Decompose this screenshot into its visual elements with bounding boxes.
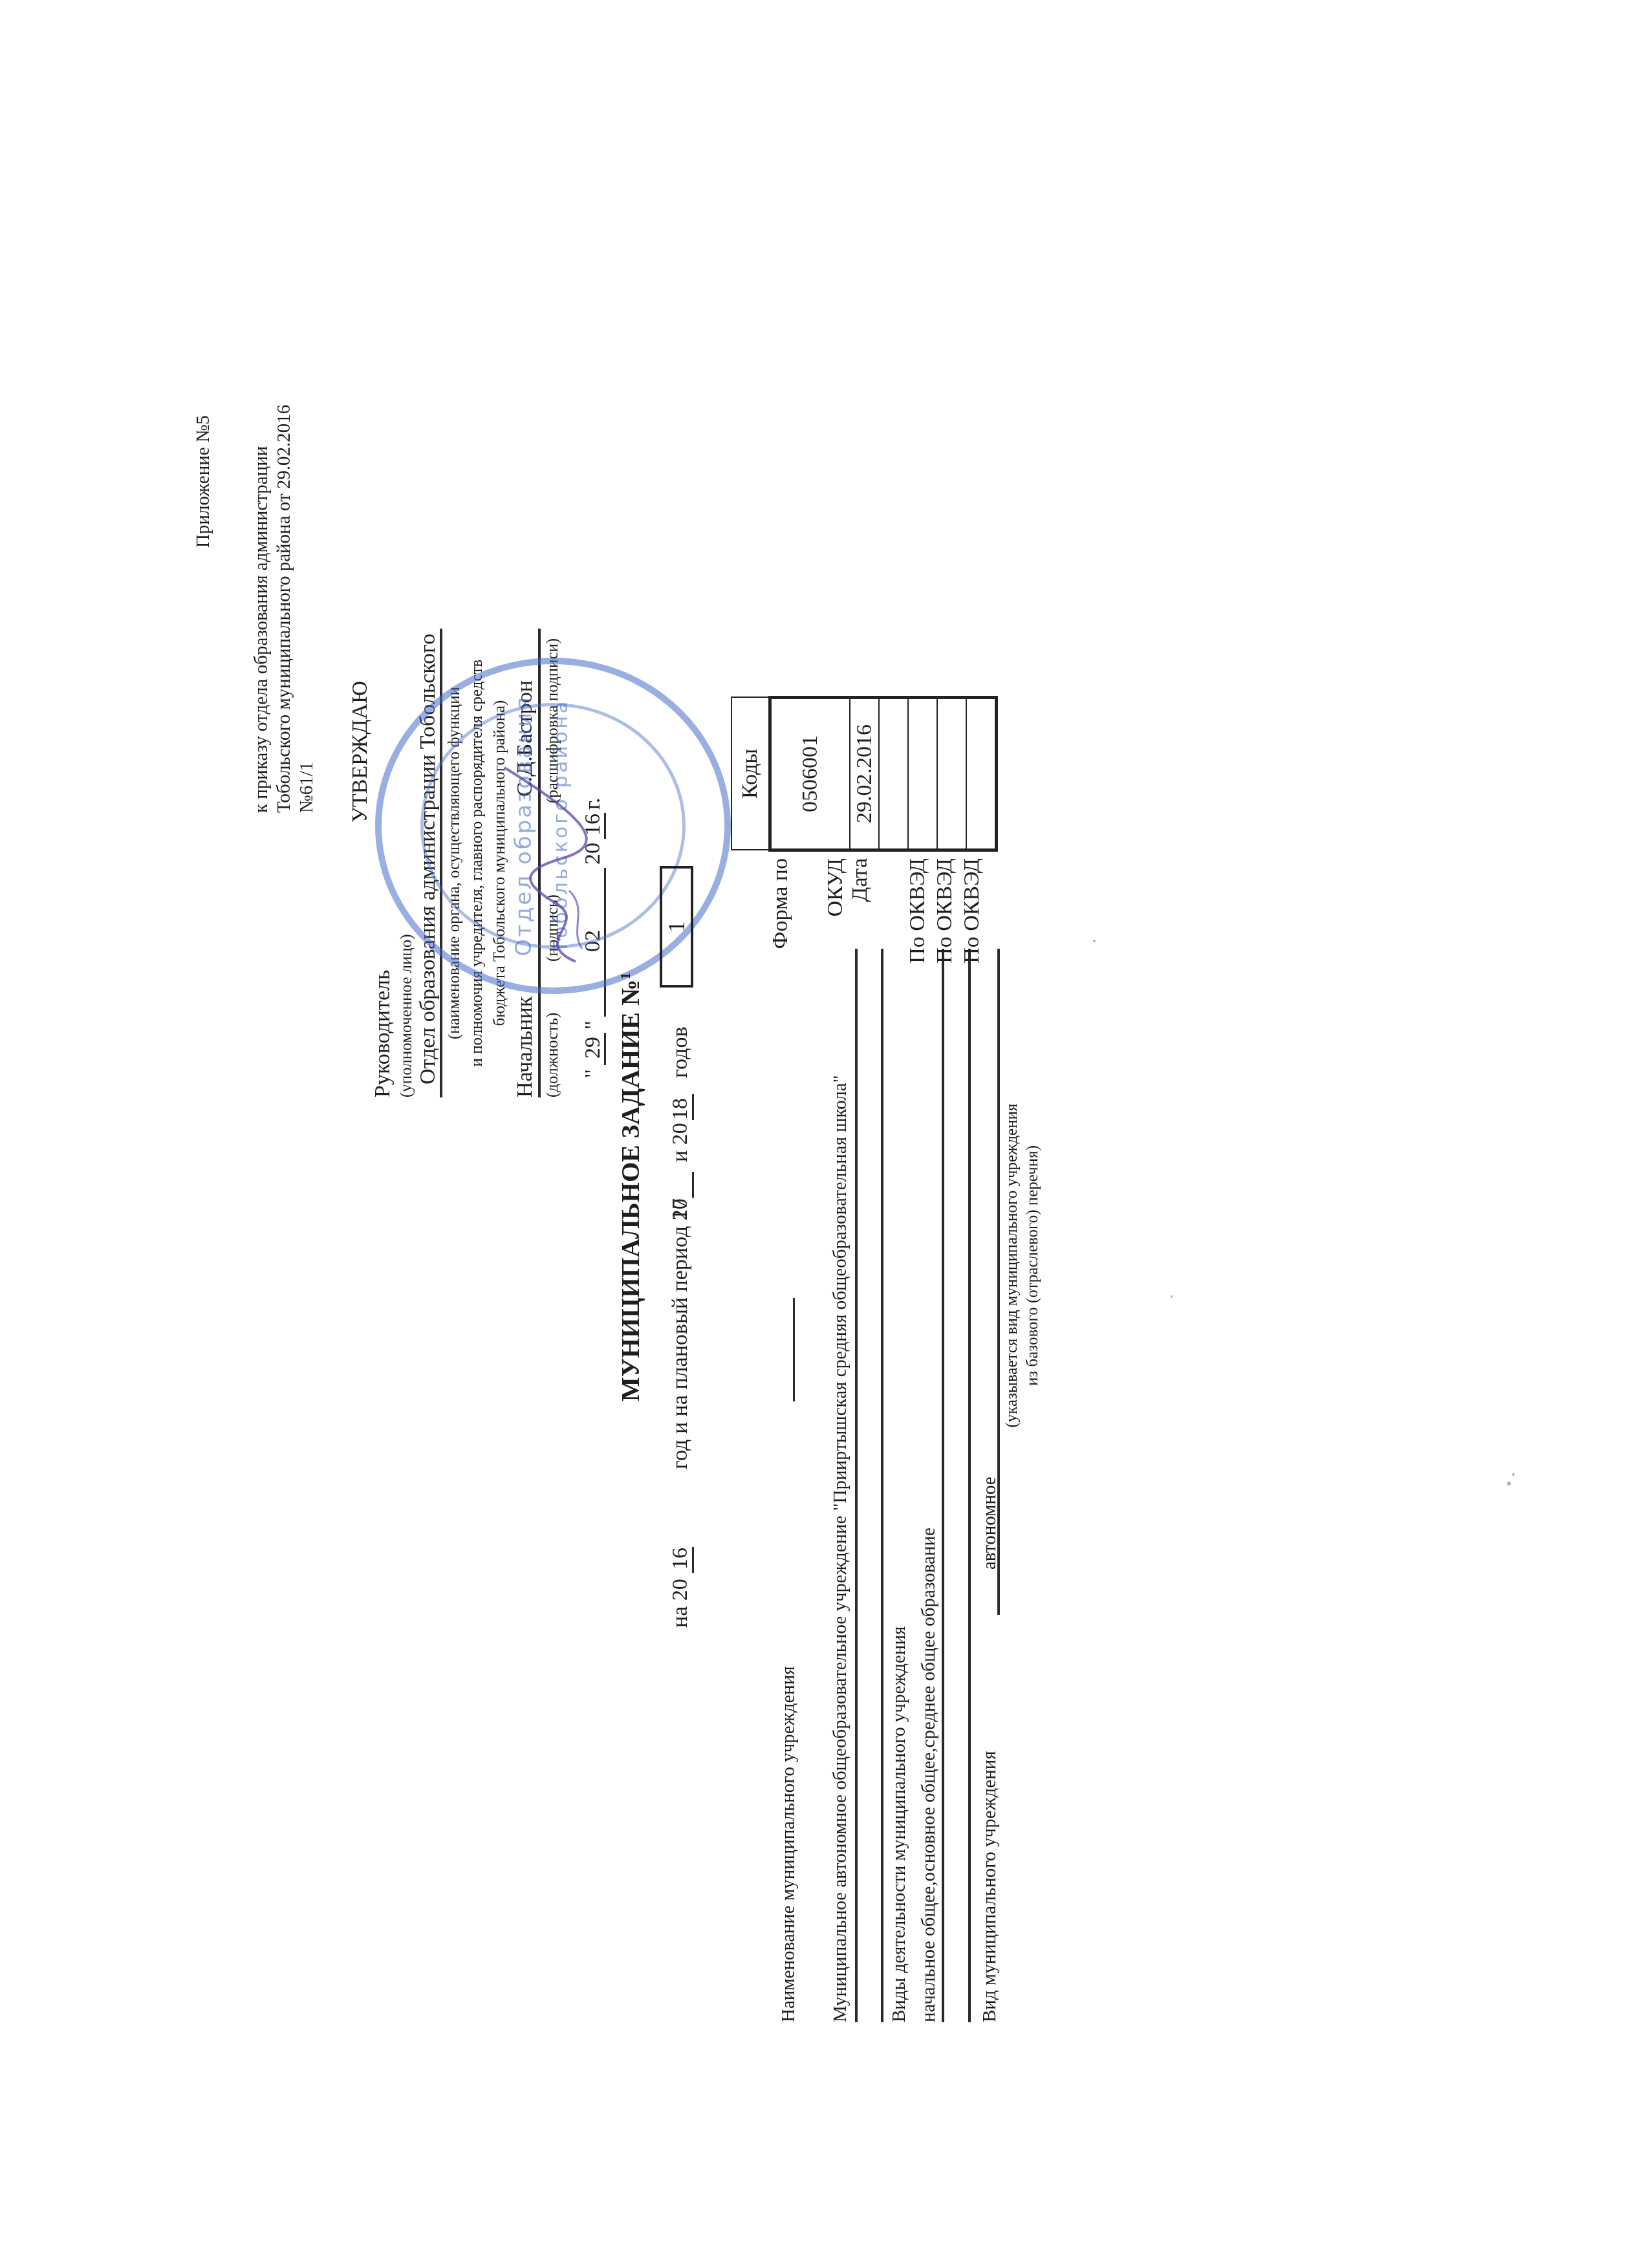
date-year: 16 (582, 814, 604, 836)
position-value: Начальник (514, 997, 536, 1097)
codes-table: Коды 0506001 29.02.2016 (731, 696, 998, 852)
assignment-title-text: МУНИЦИПАЛЬНОЕ ЗАДАНИЕ № (616, 980, 645, 1401)
order-line-1: к приказу отдела образования администрац… (252, 446, 271, 813)
codes-row-okved-2 (937, 698, 966, 850)
assignment-title: МУНИЦИПАЛЬНОЕ ЗАДАНИЕ №1 (618, 973, 644, 1401)
date-open-quote: " (582, 1069, 604, 1078)
codes-header: Коды (731, 698, 770, 850)
year-main-underline (692, 1547, 694, 1573)
activities-underline-2 (968, 949, 971, 2022)
period-and: и 20 (669, 1123, 691, 1162)
codes-row-blank (879, 698, 908, 850)
codes-header-row: Коды (731, 698, 770, 850)
codes-label-form: Форма по (770, 858, 792, 1104)
codes-row-okved-3 (966, 698, 997, 850)
codes-label-okved-2: По ОКВЭД (934, 858, 956, 1104)
organ-caption-3: бюджета Тобольского муниципального район… (492, 629, 508, 1097)
signature-caption: (подпись) (545, 894, 561, 962)
signature-underline (538, 629, 541, 1097)
period-prefix: на 20 (669, 1579, 691, 1628)
type-value: автономное (980, 1476, 999, 1570)
date-day-underline (604, 1033, 606, 1065)
date-suffix: г. (582, 797, 604, 810)
activities-underline (942, 949, 944, 2022)
signer-value: С.Д.Бастрон (514, 680, 536, 797)
year-plan-2: 18 (669, 1098, 691, 1120)
scan-speck (1507, 1482, 1511, 1485)
codes-okved-1-value (908, 698, 937, 850)
assignment-number-box: 1 (660, 866, 693, 988)
date-close-quote: " (582, 1021, 604, 1030)
codes-okved-3-value (966, 698, 997, 850)
assignment-number: 1 (664, 921, 689, 933)
codes-date-value: 29.02.2016 (850, 698, 879, 850)
codes-row-okved-1 (908, 698, 937, 850)
type-underline (997, 949, 1000, 1615)
appendix-title: Приложение №5 (194, 415, 213, 548)
organ-caption-1: (наименование органа, осуществляющего фу… (446, 629, 462, 1097)
codes-label-okved-1: По ОКВЭД (907, 858, 929, 1104)
document-page: Приложение №5 к приказу отдела образован… (0, 0, 1635, 2268)
year-plan-2-underline (692, 1094, 694, 1120)
institution-name-value: Муниципальное автономное общеобразовател… (831, 1075, 850, 2023)
organ-name: Отдел образования администрации Тобольск… (417, 634, 439, 1085)
year-plan-1: 17 (669, 1198, 691, 1220)
year-plan-1-underline (692, 1172, 694, 1198)
organ-caption-2: и полномочия учредителя, главного распор… (469, 629, 485, 1097)
scan-speck (1512, 1473, 1515, 1476)
date-day: 29 (582, 1037, 604, 1059)
codes-label-okud: ОКУД (825, 858, 847, 1104)
institution-name-label-underline (793, 1298, 795, 1401)
codes-okud-value: 0506001 (770, 698, 850, 850)
type-caption-1: (указывается вид муниципального учрежден… (1004, 1039, 1020, 1492)
activities-label: Виды деятельности муниципального учрежде… (890, 1626, 909, 2022)
type-label: Вид муниципального учреждения (980, 1751, 999, 2022)
order-number: №61/1 (298, 762, 316, 813)
date-month-underline (604, 868, 606, 1017)
organ-underline (440, 629, 442, 1097)
year-main: 16 (669, 1548, 691, 1570)
signer-caption: (расшифровка подписи) (545, 638, 561, 803)
assignment-footnote: 1 (617, 973, 633, 980)
institution-name-label: Наименование муниципального учреждения (779, 1666, 798, 2022)
order-line-2: Тобольского муниципального района от 29.… (275, 405, 294, 813)
institution-name-underline-2 (881, 949, 883, 2022)
codes-label-okved-3: По ОКВЭД (961, 858, 983, 1104)
position-caption: (должность) (545, 1013, 561, 1097)
codes-row-okud: 0506001 (770, 698, 850, 850)
approval-heading: УТВЕРЖДАЮ (349, 681, 371, 823)
date-month: 02 (582, 930, 604, 952)
codes-okved-2-value (937, 698, 966, 850)
codes-label-date: Дата (849, 858, 871, 1104)
head-caption: (уполномоченное лицо) (398, 934, 415, 1097)
period-suffix: годов (669, 1027, 691, 1078)
codes-blank-value (879, 698, 908, 850)
activities-value: начальное общее,основное общее,среднее о… (920, 1528, 938, 2022)
date-year-underline (604, 813, 606, 839)
period-mid: год и на плановый период 20 (669, 1198, 691, 1469)
scan-speck (1171, 1295, 1173, 1298)
scan-speck (1093, 940, 1096, 942)
codes-row-date: 29.02.2016 (850, 698, 879, 850)
head-label: Руководитель (372, 970, 394, 1097)
type-caption-2: из базового (отраслевого) перечня) (1024, 1039, 1041, 1492)
date-year-prefix: 20 (582, 843, 604, 865)
institution-name-underline (855, 949, 858, 2022)
